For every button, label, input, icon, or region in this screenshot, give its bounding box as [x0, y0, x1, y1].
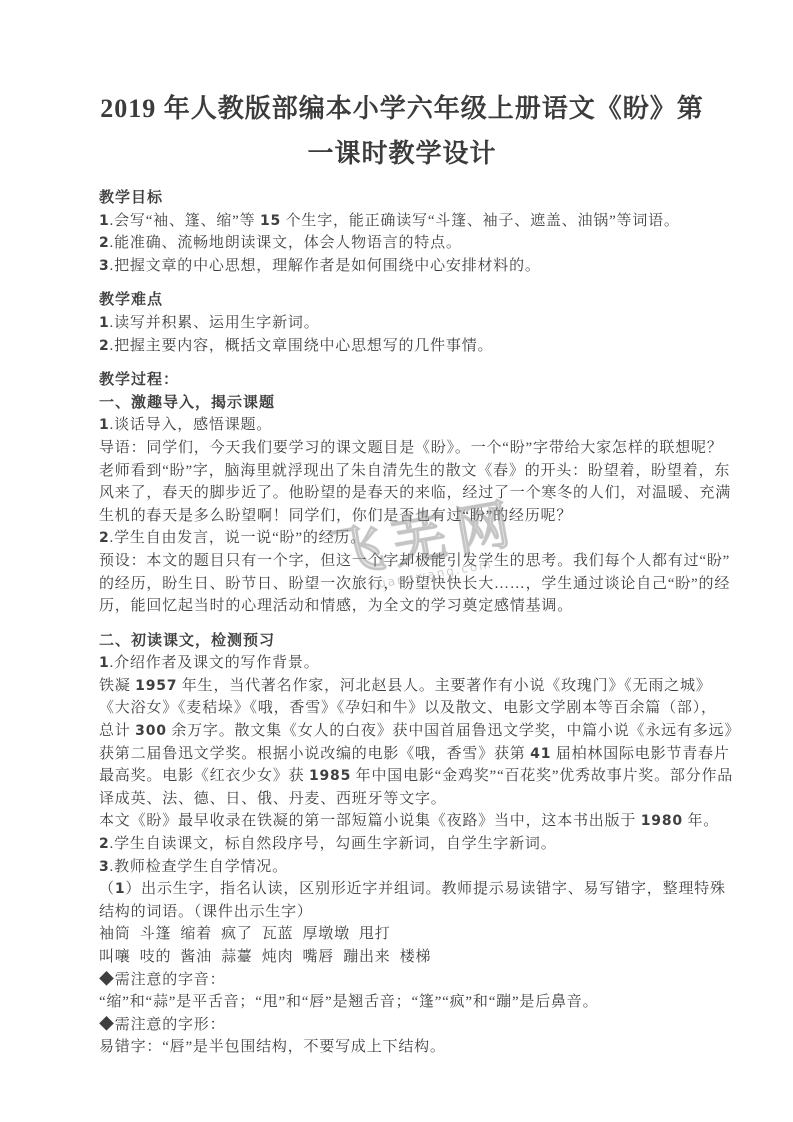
doc-line: 预设：本文的题目只有一个字，但这一个字却极能引发学生的思考。我们每个人都有过“盼…	[99, 550, 705, 573]
doc-line: 生机的春天是多么盼望啊！同学们，你们是否也有过“盼”的经历呢？	[99, 505, 705, 528]
doc-line: 结构的词语。（课件出示生字）	[99, 901, 705, 924]
doc-line: “缩”和“蒜”是平舌音；“甩”和“唇”是翘舌音；“篷”“疯”和“蹦”是后鼻音。	[99, 991, 705, 1014]
doc-line: 《大浴女》《麦秸垛》《哦，香雪》《孕妇和牛》以及散文、电影文学剧本等百余篇（部）…	[99, 697, 705, 720]
section-gap	[99, 618, 705, 630]
document-content: 2019 年人教版部编本小学六年级上册语文《盼》第 一课时教学设计 教学目标1.…	[99, 0, 705, 1059]
doc-line: 3.教师检查学生自学情况。	[99, 856, 705, 879]
doc-line: 叫嚷 吱的 酱油 蒜薹 炖肉 嘴唇 蹦出来 楼梯	[99, 946, 705, 969]
doc-heading: 二、初读课文，检测预习	[99, 630, 705, 653]
doc-line: 最高奖。电影《红衣少女》获 1985 年中国电影“金鸡奖”“百花奖”优秀故事片奖…	[99, 765, 705, 788]
section-gap	[99, 357, 705, 369]
doc-line: 袖筒 斗篷 缩着 疯了 瓦蓝 厚墩墩 甩打	[99, 923, 705, 946]
doc-line: 2.把握主要内容，概括文章围绕中心思想写的几件事情。	[99, 335, 705, 358]
section-gap	[99, 277, 705, 289]
title-line-1: 2019 年人教版部编本小学六年级上册语文《盼》第	[99, 86, 705, 131]
doc-heading: 教学难点	[99, 289, 705, 312]
doc-line: 的经历，盼生日、盼节日、盼望一次旅行，盼望快快长大……，学生通过谈论自己“盼”的…	[99, 573, 705, 596]
doc-line: 1.介绍作者及课文的写作背景。	[99, 652, 705, 675]
doc-line: 1.谈话导入，感悟课题。	[99, 414, 705, 437]
doc-line: 铁凝 1957 年生，当代著名作家，河北赵县人。主要著作有小说《玫瑰门》《无雨之…	[99, 675, 705, 698]
document-page: 2019 年人教版部编本小学六年级上册语文《盼》第 一课时教学设计 教学目标1.…	[0, 0, 793, 1122]
doc-line: 老师看到“盼”字，脑海里就浮现出了朱自清先生的散文《春》的开头：盼望着，盼望着，…	[99, 460, 705, 483]
document-title: 2019 年人教版部编本小学六年级上册语文《盼》第 一课时教学设计	[99, 86, 705, 176]
doc-line: 风来了，春天的脚步近了。他盼望的是春天的来临，经过了一个寒冬的人们，对温暖、充满	[99, 482, 705, 505]
doc-heading: 教学过程：	[99, 369, 705, 392]
doc-line: （1）出示生字，指名认读，区别形近字并组词。教师提示易读错字、易写错字，整理特殊	[99, 878, 705, 901]
doc-line: 3.把握文章的中心思想，理解作者是如何围绕中心安排材料的。	[99, 255, 705, 278]
doc-line: 总计 300 余万字。散文集《女人的白夜》获中国首届鲁迅文学奖，中篇小说《永远有…	[99, 720, 705, 743]
doc-line: 获第二届鲁迅文学奖。根据小说改编的电影《哦，香雪》获第 41 届柏林国际电影节青…	[99, 743, 705, 766]
doc-line: 1.会写“袖、篷、缩”等 15 个生字，能正确读写“斗篷、袖子、遮盖、油锅”等词…	[99, 210, 705, 233]
doc-line: 易错字：“唇”是半包围结构，不要写成上下结构。	[99, 1036, 705, 1059]
doc-heading: 教学目标	[99, 187, 705, 210]
doc-line: 译成英、法、德、日、俄、丹麦、西班牙等文字。	[99, 788, 705, 811]
doc-line: 2.学生自由发言，说一说“盼”的经历。	[99, 527, 705, 550]
doc-line: 导语：同学们，今天我们要学习的课文题目是《盼》。一个“盼”字带给大家怎样的联想呢…	[99, 437, 705, 460]
doc-line: 历，能回忆起当时的心理活动和情感，为全文的学习奠定感情基调。	[99, 595, 705, 618]
doc-line: 2.能准确、流畅地朗读课文，体会人物语言的特点。	[99, 232, 705, 255]
doc-line: ◆需注意的字形：	[99, 1014, 705, 1037]
doc-heading: 一、激趣导入，揭示课题	[99, 392, 705, 415]
title-line-2: 一课时教学设计	[99, 131, 705, 176]
doc-line: 1.读写并积累、运用生字新词。	[99, 312, 705, 335]
document-body: 教学目标1.会写“袖、篷、缩”等 15 个生字，能正确读写“斗篷、袖子、遮盖、油…	[99, 187, 705, 1059]
doc-line: 本文《盼》最早收录在铁凝的第一部短篇小说集《夜路》当中，这本书出版于 1980 …	[99, 810, 705, 833]
doc-line: 2.学生自读课文，标自然段序号，勾画生字新词，自学生字新词。	[99, 833, 705, 856]
doc-line: ◆需注意的字音：	[99, 969, 705, 992]
